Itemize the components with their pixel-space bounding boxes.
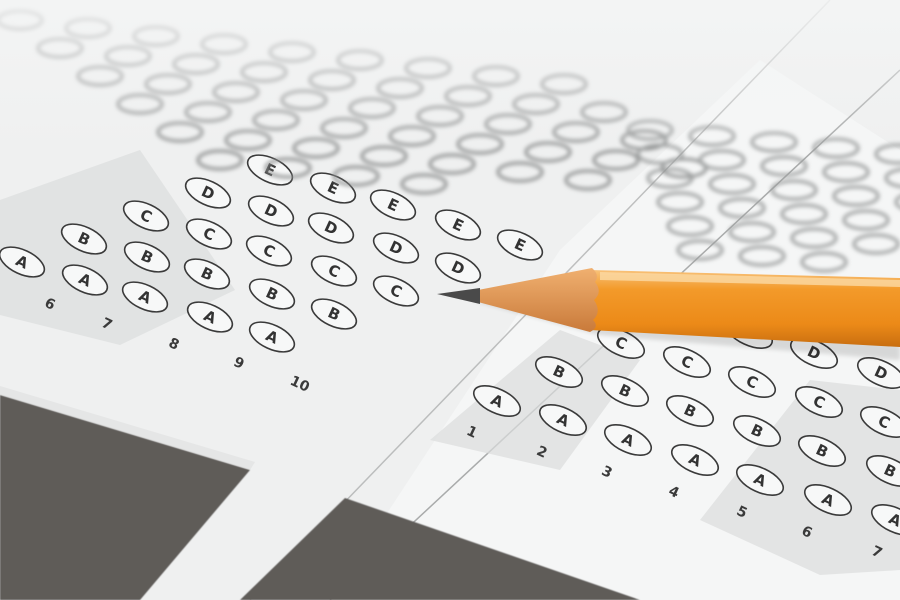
photo-canvas: ABCDEABCDEABCDEABCDEABCDE 678910 ABCABCD… [0, 0, 900, 600]
answer-sheet-photo: ABCDEABCDEABCDEABCDEABCDE 678910 ABCABCD… [0, 0, 900, 600]
depth-fade [0, 0, 900, 150]
